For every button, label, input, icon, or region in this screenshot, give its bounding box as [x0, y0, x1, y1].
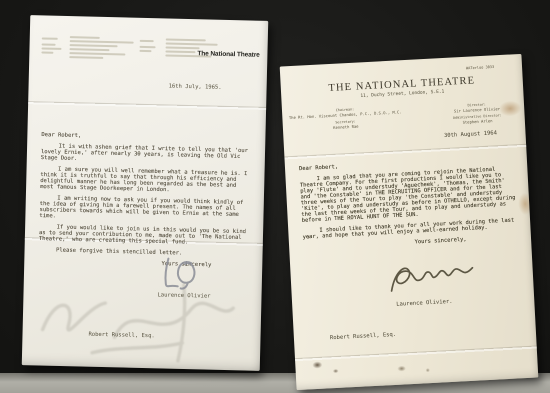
left-letter-paper: The National Theatre 16th July, 1965. De…	[22, 15, 268, 371]
olivier-signature	[384, 255, 478, 302]
fine-print-line	[70, 44, 118, 47]
fine-print-line	[69, 52, 125, 55]
date-wrap: 16th July, 1965.	[168, 83, 268, 98]
fine-print-line	[42, 37, 58, 39]
fine-print-line	[41, 51, 53, 53]
fine-print-line	[166, 47, 200, 50]
fold-crease	[28, 101, 266, 112]
fine-print-line	[140, 40, 154, 42]
fine-print-line	[166, 43, 218, 46]
fine-print-line	[139, 50, 151, 52]
recipient-line: Robert Russell, Esq.	[88, 331, 178, 340]
fine-print-line	[69, 57, 103, 60]
officers-left-block: Chairman: The Rt. Hon. Viscount Chandos,…	[286, 104, 407, 161]
letterhead-fine-print	[69, 36, 140, 62]
recipient-line: Robert Russell, Esq.	[330, 330, 420, 341]
letter-date: 16th July, 1965.	[169, 83, 269, 92]
fine-print-line	[70, 36, 100, 39]
closing: Yours sincerely,	[414, 233, 519, 244]
letter-body: Dear Robert, It is with ashen grief that…	[38, 131, 253, 266]
fine-print-line	[165, 51, 195, 54]
national-theatre-logo: The National Theatre	[197, 49, 259, 58]
pencil-showthrough	[32, 273, 246, 370]
letter-paragraph: I am so glad that you are coming to rejo…	[299, 165, 517, 223]
letter-paragraph: I am writing now to ask you if you would…	[39, 194, 251, 223]
salutation: Dear Robert,	[41, 131, 253, 142]
photo-of-letters: The National Theatre 16th July, 1965. De…	[0, 0, 550, 393]
letter-paragraph: I am sure you will well remember what a …	[40, 165, 252, 194]
officers-right-block: Director: Sir Laurence Olivier Administr…	[434, 100, 522, 154]
fine-print-line	[140, 46, 156, 48]
letter-paragraph: If you would like to join us in this wou…	[39, 223, 251, 246]
fine-print-line	[166, 38, 206, 41]
recipient-wrap: Robert Russell, Esq.	[330, 325, 510, 347]
letterhead-fine-print	[41, 37, 63, 56]
fine-print-line	[69, 48, 109, 51]
fine-print-line	[42, 43, 56, 45]
telephone-number: WATerloo 3033	[466, 62, 534, 71]
letterhead-fine-print	[139, 40, 159, 54]
fold-crease	[295, 345, 537, 363]
letter-paragraph: It is with ashen grief that I write to t…	[41, 142, 253, 165]
letter-paragraph: Please forgive this stencilled letter.	[39, 246, 251, 257]
olivier-monogram-signature	[158, 254, 207, 293]
right-letter-paper: WATerloo 3033 THE NATIONAL THEATRE 11, D…	[280, 54, 539, 390]
typed-signature-name: Laurence Olivier	[157, 291, 237, 299]
fine-print-line	[41, 47, 61, 49]
fine-print-line	[70, 40, 134, 43]
